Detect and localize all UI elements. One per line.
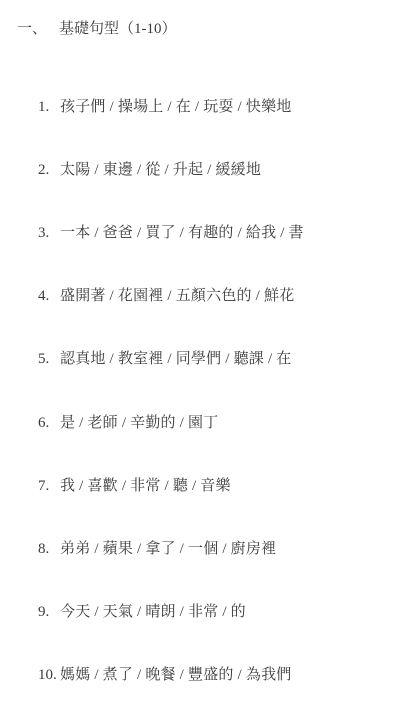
sentence-item: 1.孩子們 / 操場上 / 在 / 玩耍 / 快樂地 xyxy=(38,99,291,115)
item-number: 2. xyxy=(38,162,60,178)
sentence-item: 5.認真地 / 教室裡 / 同學們 / 聽課 / 在 xyxy=(38,351,291,367)
item-number: 8. xyxy=(38,541,60,557)
sentence-item: 7.我 / 喜歡 / 非常 / 聽 / 音樂 xyxy=(38,478,231,494)
sentence-item: 4.盛開著 / 花園裡 / 五顏六色的 / 鮮花 xyxy=(38,288,294,304)
item-number: 3. xyxy=(38,225,60,241)
section-title: 一、基礎句型（1-10） xyxy=(17,21,177,37)
sentence-item: 8.弟弟 / 蘋果 / 拿了 / 一個 / 廚房裡 xyxy=(38,541,276,557)
section-marker: 一、 xyxy=(17,21,47,37)
sentence-item: 3.一本 / 爸爸 / 買了 / 有趣的 / 給我 / 書 xyxy=(38,225,304,241)
item-number: 5. xyxy=(38,351,60,367)
item-number: 1. xyxy=(38,99,60,115)
sentence-item: 2.太陽 / 東邊 / 從 / 升起 / 緩緩地 xyxy=(38,162,261,178)
item-words: 認真地 / 教室裡 / 同學們 / 聽課 / 在 xyxy=(60,351,291,367)
item-words: 弟弟 / 蘋果 / 拿了 / 一個 / 廚房裡 xyxy=(60,541,276,557)
item-words: 是 / 老師 / 辛勤的 / 園丁 xyxy=(60,415,218,431)
worksheet-page: 一、基礎句型（1-10） 1.孩子們 / 操場上 / 在 / 玩耍 / 快樂地 … xyxy=(0,0,398,715)
item-words: 我 / 喜歡 / 非常 / 聽 / 音樂 xyxy=(60,478,231,494)
item-words: 媽媽 / 煮了 / 晚餐 / 豐盛的 / 為我們 xyxy=(60,667,291,683)
sentence-item: 9.今天 / 天氣 / 晴朗 / 非常 / 的 xyxy=(38,604,246,620)
item-number: 4. xyxy=(38,288,60,304)
item-words: 一本 / 爸爸 / 買了 / 有趣的 / 給我 / 書 xyxy=(60,225,304,241)
item-words: 今天 / 天氣 / 晴朗 / 非常 / 的 xyxy=(60,604,246,620)
item-number: 9. xyxy=(38,604,60,620)
item-words: 太陽 / 東邊 / 從 / 升起 / 緩緩地 xyxy=(60,162,261,178)
section-title-text: 基礎句型（1-10） xyxy=(59,21,177,37)
sentence-item: 10.媽媽 / 煮了 / 晚餐 / 豐盛的 / 為我們 xyxy=(38,667,291,683)
item-number: 6. xyxy=(38,415,60,431)
item-words: 孩子們 / 操場上 / 在 / 玩耍 / 快樂地 xyxy=(60,99,291,115)
item-number: 10. xyxy=(38,667,60,683)
item-words: 盛開著 / 花園裡 / 五顏六色的 / 鮮花 xyxy=(60,288,294,304)
sentence-item: 6.是 / 老師 / 辛勤的 / 園丁 xyxy=(38,415,218,431)
item-number: 7. xyxy=(38,478,60,494)
